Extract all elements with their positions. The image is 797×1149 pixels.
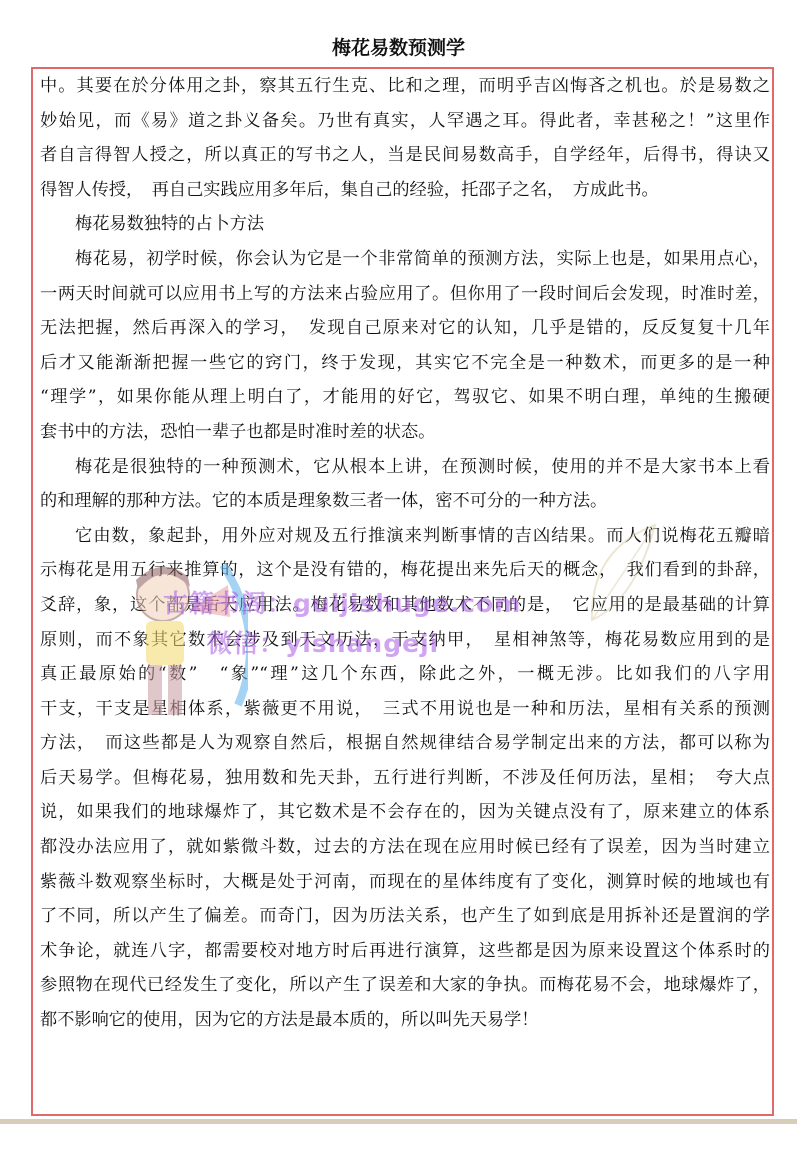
text-line: 梅花易，初学时候，你会认为它是一个非常简单的预测方法，实际上也是，如果用点心， [40,242,770,277]
text-line: 紫薇斗数观察坐标时，大概是处于河南，而现在的星体纬度有了变化，测算时候的地域也有 [40,865,770,900]
text-line: 一两天时间就可以应用书上写的方法来占验应用了。但你用了一段时间后会发现，时准时差… [40,277,770,312]
text-line: 参照物在现代已经发生了变化，所以产生了误差和大家的争执。而梅花易不会，地球爆炸了… [40,968,770,1003]
text-line: 无法把握，然后再深入的学习， 发现自己原来对它的认知，几乎是错的，反反复复十几年 [40,311,770,346]
text-line: 中。其要在於分体用之卦，察其五行生克、比和之理，而明乎吉凶悔吝之机也。於是易数之 [40,69,770,104]
text-line: 后才又能渐渐把握一些它的窍门，终于发现，其实它不完全是一种数术，而更多的是一种 [40,346,770,381]
text-line: 真正最原始的“数” “象”“理”这几个东西，除此之外，一概无涉。比如我们的八字用 [40,657,770,692]
text-line: 妙始见，而《易》道之卦义备矣。乃世有真实，人罕遇之耳。得此者，幸甚秘之！”这里作 [40,104,770,139]
text-line: 得智人传授， 再自己实践应用多年后，集自己的经验，托邵子之名， 方成此书。 [40,173,770,208]
text-line: 干支，干支是星相体系，紫薇更不用说， 三式不用说也是一种和历法，星相有关系的预测 [40,692,770,727]
text-line: 都不影响它的使用，因为它的方法是最本质的，所以叫先天易学！ [40,1003,770,1038]
text-line: 原则，而不象其它数术会涉及到天文历法，干支纳甲， 星相神煞等，梅花易数应用到的是 [40,623,770,658]
text-line: 梅花是很独特的一种预测术，它从根本上讲，在预测时候，使用的并不是大家书本上看 [40,450,770,485]
text-line: 爻辞，象，这个都是后天应用法。梅花易数和其他数术不同的是， 它应用的是最基础的计… [40,588,770,623]
text-line: 说，如果我们的地球爆炸了，其它数术是不会存在的，因为关键点没有了，原来建立的体系 [40,795,770,830]
text-line: 套书中的方法，恐怕一辈子也都是时准时差的状态。 [40,415,770,450]
text-line: 后天易学。但梅花易，独用数和先天卦，五行进行判断，不涉及任何历法，星相； 夸大点 [40,761,770,796]
text-line: 者自言得智人授之，所以真正的写书之人，当是民间易数高手，自学经年，后得书，得诀又 [40,138,770,173]
text-line: “理学”，如果你能从理上明白了，才能用的好它，驾驭它、如果不明白理，单纯的生搬硬 [40,380,770,415]
text-line: 它由数，象起卦，用外应对规及五行推演来判断事情的吉凶结果。而人们说梅花五瓣暗 [40,519,770,554]
text-line: 方法， 而这些都是人为观察自然后，根据自然规律结合易学制定出来的方法，都可以称为 [40,726,770,761]
text-line: 都没办法应用了，就如紫微斗数，过去的方法在现在应用时候已经有了误差，因为当时建立 [40,830,770,865]
text-line: 的和理解的那种方法。它的本质是理象数三者一体，密不可分的一种方法。 [40,484,770,519]
body-text: 中。其要在於分体用之卦，察其五行生克、比和之理，而明乎吉凶悔吝之机也。於是易数之… [40,69,770,1038]
text-line: 梅花易数独特的占卜方法 [40,207,770,242]
text-line: 术争论，就连八字，都需要校对地方时后再进行演算，这些都是因为原来设置这个体系时的 [40,934,770,969]
text-line: 了不同，所以产生了偏差。而奇门，因为历法关系，也产生了如到底是用拆补还是置润的学 [40,899,770,934]
page-title: 梅花易数预测学 [0,33,797,60]
page-bottom-edge [0,1119,797,1124]
text-line: 示梅花是用五行来推算的，这个是没有错的，梅花提出来先后天的概念， 我们看到的卦辞… [40,553,770,588]
